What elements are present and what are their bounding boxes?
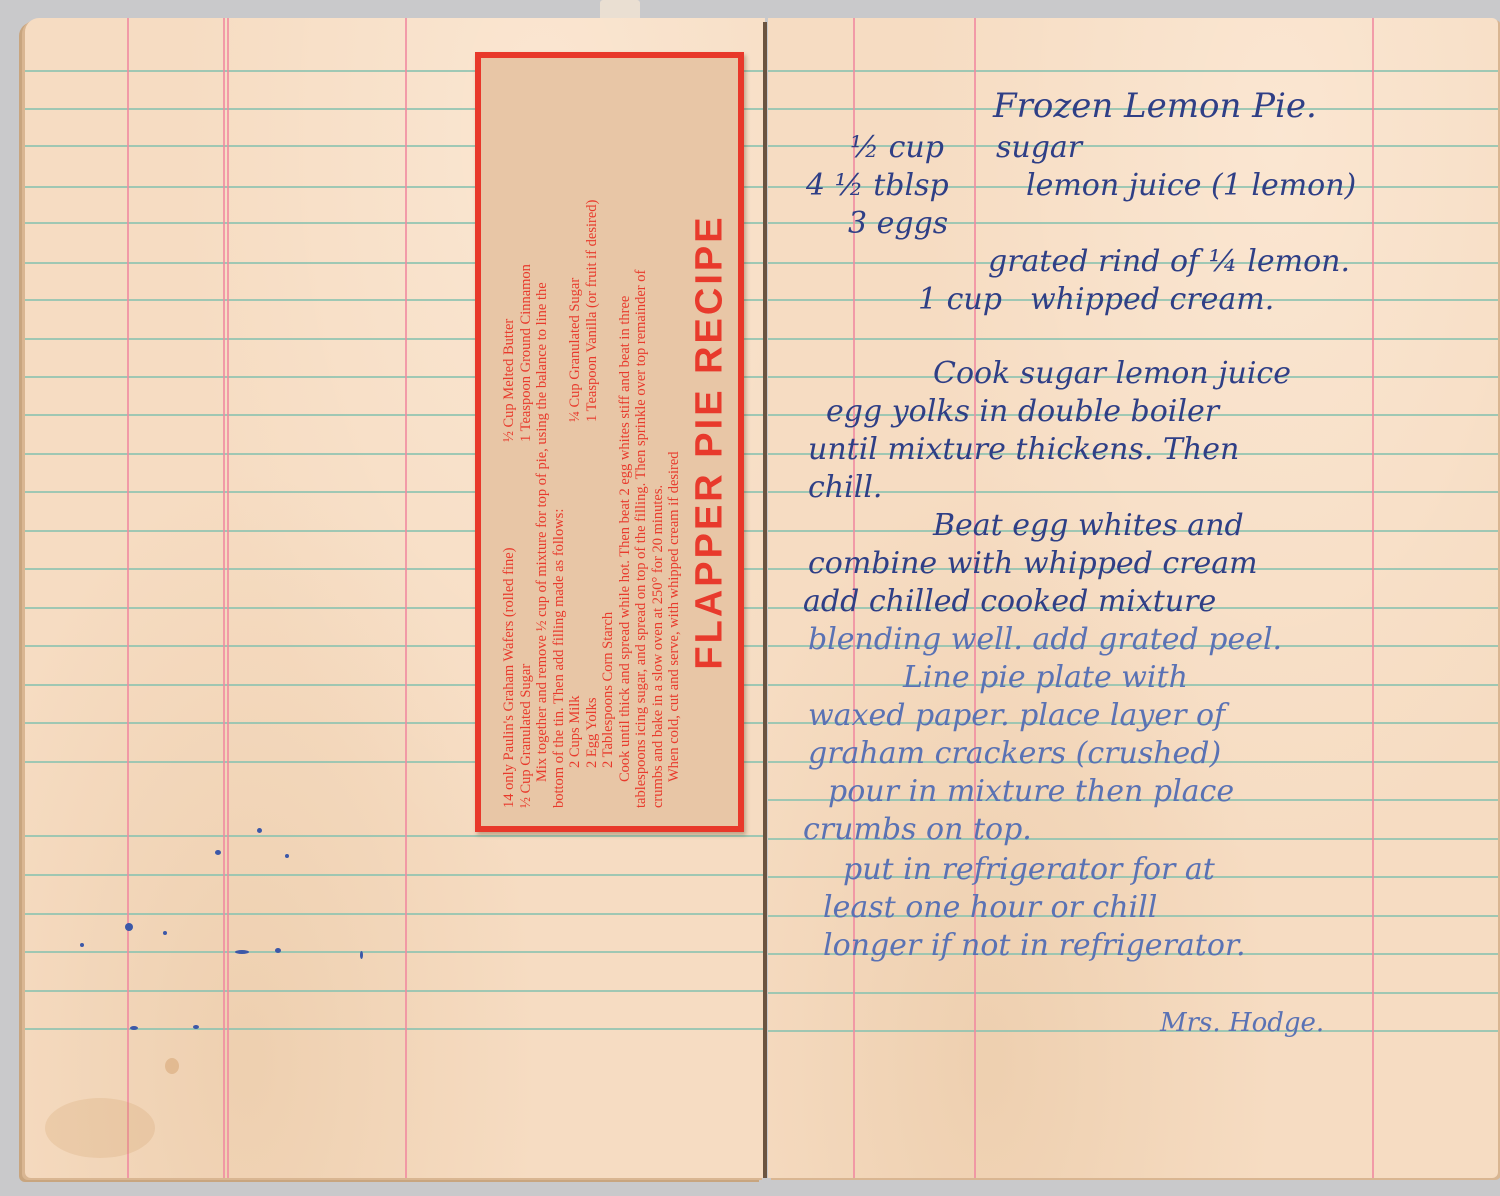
clipping-line: When cold, cut and serve, with whipped c…: [666, 76, 683, 808]
instruction-line: pour in mixture then place: [828, 774, 1234, 809]
ink-speck: [80, 943, 84, 947]
rule-line: [768, 338, 1498, 340]
ingredient-qty: 4 ½ tblsp: [806, 168, 949, 203]
ingredient-item: sugar: [996, 130, 1082, 165]
clipping-line: 2 Cups Milk¼ Cup Granulated Sugar: [567, 76, 584, 808]
ink-speck: [275, 948, 281, 953]
clipping-line: crumbs and bake in a slow oven at 250° f…: [649, 76, 666, 808]
clipping-line: tablespoons icing sugar, and spread on t…: [633, 76, 650, 808]
ingredient-item: lemon juice (1 lemon): [1026, 168, 1356, 203]
margin-line: [127, 18, 129, 1178]
clipping-line: Mix together and remove ½ cup of mixture…: [534, 76, 551, 808]
clipping-line: ½ Cup Granulated Sugar1 Teaspoon Ground …: [517, 76, 534, 808]
stain: [45, 1098, 155, 1158]
instruction-line: waxed paper. place layer of: [808, 698, 1225, 733]
instruction-line: least one hour or chill: [823, 890, 1157, 925]
instruction-line: Line pie plate with: [903, 660, 1188, 695]
open-notebook: FLAPPER PIE RECIPE 14 only Paulin's Grah…: [22, 18, 1500, 1180]
stain: [165, 1058, 179, 1074]
rule-line: [768, 1030, 1498, 1032]
instruction-line: add chilled cooked mixture: [803, 584, 1216, 619]
clipping-line: 2 Egg Yolks1 Teaspoon Vanilla (or fruit …: [583, 76, 600, 808]
instruction-line: combine with whipped cream: [808, 546, 1258, 581]
margin-line: [405, 18, 407, 1178]
margin-line: [1372, 18, 1374, 1178]
clipping-line: Cook until thick and spread while hot. T…: [616, 76, 633, 808]
recipe-clipping: FLAPPER PIE RECIPE 14 only Paulin's Grah…: [475, 52, 744, 832]
instruction-line: Beat egg whites and: [933, 508, 1244, 543]
clipping-line: bottom of the tin. Then add filling made…: [550, 76, 567, 808]
instruction-line: chill.: [808, 470, 882, 505]
rule-line: [25, 835, 765, 837]
right-page: Frozen Lemon Pie. ½ cup sugar 4 ½ tblsp …: [768, 18, 1498, 1178]
instruction-line: egg yolks in double boiler: [826, 394, 1219, 429]
ink-speck: [163, 931, 167, 935]
ink-speck: [285, 854, 289, 858]
rule-line: [768, 70, 1498, 72]
instruction-line: Cook sugar lemon juice: [933, 356, 1291, 391]
clipping-line: 2 Tablespoons Corn Starch: [600, 76, 617, 808]
left-page: FLAPPER PIE RECIPE 14 only Paulin's Grah…: [25, 18, 765, 1178]
instruction-line: longer if not in refrigerator.: [823, 928, 1246, 963]
margin-line: [223, 18, 225, 1178]
clipping-line: 14 only Paulin's Graham Wafers (rolled f…: [501, 76, 518, 808]
ingredient-qty: 3 eggs: [848, 206, 948, 241]
signature: Mrs. Hodge.: [1160, 1008, 1324, 1038]
instruction-line: graham crackers (crushed): [808, 736, 1221, 771]
ink-speck: [130, 1026, 138, 1030]
rule-line: [25, 913, 765, 915]
rule-line: [25, 874, 765, 876]
instruction-line: blending well. add grated peel.: [808, 622, 1282, 657]
ingredient-qty: 1 cup: [918, 282, 1002, 317]
ingredient-qty: ½ cup: [850, 130, 944, 165]
margin-line: [227, 18, 229, 1178]
instruction-line: crumbs on top.: [803, 812, 1032, 847]
clipping-title: FLAPPER PIE RECIPE: [688, 62, 731, 822]
clipping-body: 14 only Paulin's Graham Wafers (rolled f…: [501, 62, 683, 822]
ink-speck: [235, 950, 249, 954]
ink-speck: [193, 1025, 199, 1029]
book-spine: [763, 22, 767, 1178]
ingredient-item: grated rind of ¼ lemon.: [988, 244, 1350, 279]
ingredient-item: whipped cream.: [1030, 282, 1274, 317]
rule-line: [25, 990, 765, 992]
rule-line: [25, 951, 765, 953]
instruction-line: put in refrigerator for at: [843, 852, 1215, 887]
recipe-title: Frozen Lemon Pie.: [993, 86, 1317, 126]
ink-speck: [215, 850, 221, 855]
instruction-line: until mixture thickens. Then: [808, 432, 1239, 467]
ink-speck: [257, 828, 262, 833]
ink-speck: [125, 923, 133, 931]
rule-line: [768, 992, 1498, 994]
ink-speck: [360, 951, 363, 959]
